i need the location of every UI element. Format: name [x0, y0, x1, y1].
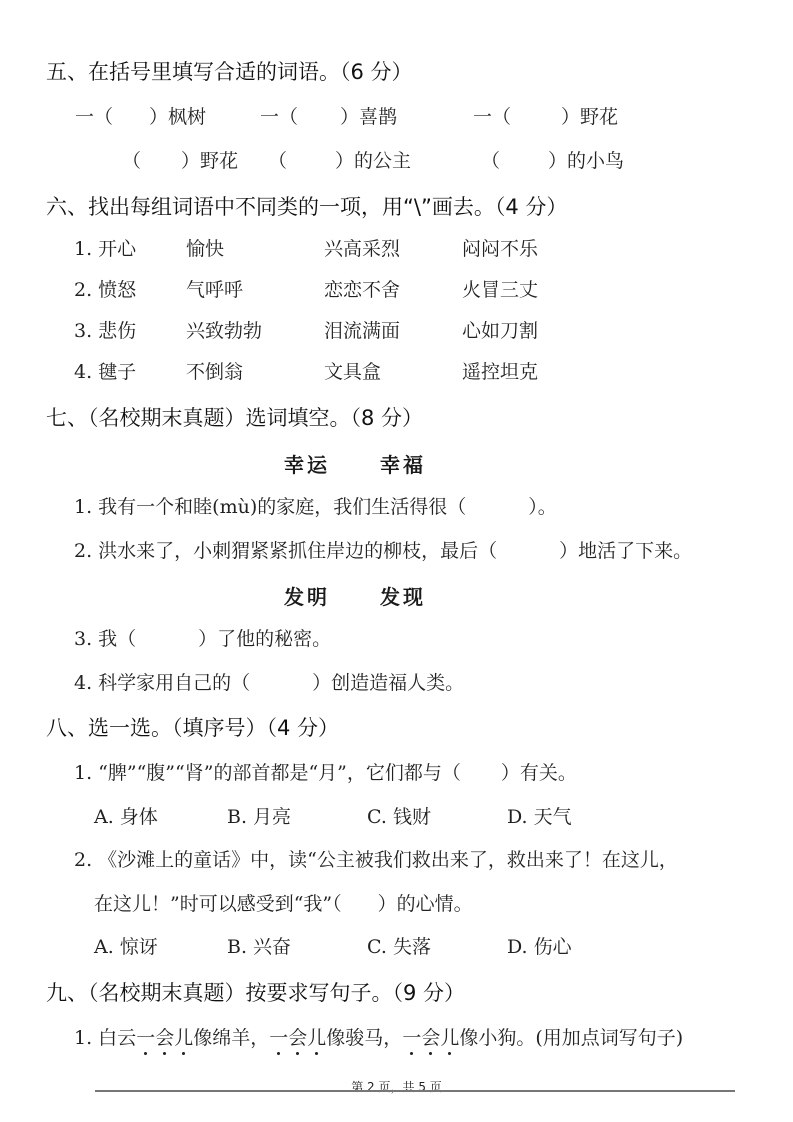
fill-suffix: ）野花: [561, 106, 618, 128]
word-bank-1: 幸运幸福: [284, 455, 426, 475]
word-option[interactable]: 不倒翁: [186, 363, 243, 382]
fill-prefix: （: [481, 150, 500, 172]
emphasis-dot-char: 儿: [440, 1029, 459, 1048]
question-text: ）地活了下来。: [559, 540, 692, 562]
section-6-heading: 六、找出每组词语中不同类的一项，用“\”画去。（4 分）: [46, 197, 567, 218]
choice-option[interactable]: C. 钱财: [367, 808, 431, 827]
word-option[interactable]: 闷闷不乐: [462, 240, 538, 259]
fill-item: 一（）喜鹊: [260, 108, 397, 127]
fill-suffix: ）野花: [181, 150, 238, 172]
word-option[interactable]: 1. 开心: [74, 240, 136, 259]
word-option[interactable]: 恋恋不舍: [324, 281, 400, 300]
question-8-2-continued: 在这儿！”时可以感受到“我”（）的心情。: [94, 895, 473, 914]
question-9-1: 1. 白云一会儿像绵羊，一会儿像骏马，一会儿像小狗。(用加点词写句子): [74, 1029, 683, 1048]
sentence-part: 像小狗。(用加点词写句子): [459, 1027, 683, 1049]
question-text: ）有关。: [501, 762, 577, 784]
question-text: 3. 我（: [74, 628, 136, 650]
word-bank-item: 发明: [284, 585, 330, 609]
choice-option[interactable]: D. 天气: [507, 808, 572, 827]
emphasis-dot-char: 一: [136, 1029, 155, 1048]
choice-option[interactable]: B. 兴奋: [227, 938, 291, 957]
section-9-heading: 九、（名校期末真题）按要求写句子。（9 分）: [46, 983, 465, 1004]
fill-prefix: 一（: [260, 106, 298, 128]
emphasis-dot-char: 会: [421, 1029, 440, 1048]
word-option[interactable]: 文具盒: [324, 363, 381, 382]
choice-option[interactable]: B. 月亮: [227, 808, 291, 827]
dotted-word: 一会儿: [269, 1027, 326, 1049]
word-option[interactable]: 3. 悲伤: [74, 322, 136, 341]
emphasis-dot-char: 儿: [174, 1029, 193, 1048]
fill-suffix: ）的小鸟: [548, 150, 624, 172]
question-text: 4. 科学家用自己的（: [74, 672, 250, 694]
fill-prefix: （: [122, 150, 141, 172]
fill-suffix: ）的公主: [335, 150, 411, 172]
fill-item: （）的公主: [268, 152, 411, 171]
question-text: ）。: [528, 496, 557, 518]
fill-item: 一（）野花: [473, 108, 618, 127]
question-text: 1. 我有一个和睦(mù)的家庭，我们生活得很（: [74, 496, 466, 518]
fill-prefix: （: [268, 150, 287, 172]
question-7-1: 1. 我有一个和睦(mù)的家庭，我们生活得很（）。: [74, 498, 557, 517]
question-text: 1. “脾”“腹”“肾”的部首都是“月”，它们都与（: [74, 762, 461, 784]
word-option[interactable]: 兴高采烈: [324, 240, 400, 259]
choice-option[interactable]: A. 身体: [94, 808, 158, 827]
word-option[interactable]: 泪流满面: [324, 322, 400, 341]
word-option[interactable]: 2. 愤怒: [74, 281, 136, 300]
word-group-row: 3. 悲伤 兴致勃勃 泪流满面 心如刀割: [74, 322, 774, 344]
question-number: 1.: [74, 1027, 98, 1049]
section-7-heading: 七、（名校期末真题）选词填空。（8 分）: [46, 408, 423, 429]
question-7-2: 2. 洪水来了，小刺猬紧紧抓住岸边的柳枝，最后（）地活了下来。: [74, 542, 692, 561]
question-text: ）的心情。: [378, 893, 473, 915]
sentence-part: 像绵羊，: [193, 1027, 269, 1049]
options-8-2: A. 惊讶 B. 兴奋 C. 失落 D. 伤心: [94, 938, 694, 960]
fill-suffix: ）枫树: [149, 106, 206, 128]
section-8-heading: 八、选一选。（填序号）（4 分）: [46, 718, 339, 739]
word-bank-item: 幸运: [284, 453, 330, 477]
emphasis-dot-char: 会: [288, 1029, 307, 1048]
question-text: 2. 洪水来了，小刺猬紧紧抓住岸边的柳枝，最后（: [74, 540, 497, 562]
dotted-word: 一会儿: [402, 1027, 459, 1049]
choice-option[interactable]: A. 惊讶: [94, 938, 158, 957]
sentence-part: 像骏马，: [326, 1027, 402, 1049]
question-text: ）创造造福人类。: [312, 672, 464, 694]
question-7-4: 4. 科学家用自己的（）创造造福人类。: [74, 674, 464, 693]
fill-prefix: 一（: [75, 106, 113, 128]
word-group-row: 2. 愤怒 气呼呼 恋恋不舍 火冒三丈: [74, 281, 774, 303]
emphasis-dot-char: 会: [155, 1029, 174, 1048]
word-group-row: 1. 开心 愉快 兴高采烈 闷闷不乐: [74, 240, 774, 262]
word-option[interactable]: 愉快: [186, 240, 224, 259]
fill-item: （）野花: [122, 152, 238, 171]
word-option[interactable]: 火冒三丈: [462, 281, 538, 300]
emphasis-dot-char: 一: [269, 1029, 288, 1048]
sentence-part: 白云: [98, 1027, 136, 1049]
choice-option[interactable]: C. 失落: [367, 938, 431, 957]
options-8-1: A. 身体 B. 月亮 C. 钱财 D. 天气: [94, 808, 694, 830]
question-text: 在这儿！”时可以感受到“我”（: [94, 893, 342, 915]
word-option[interactable]: 气呼呼: [186, 281, 243, 300]
word-option[interactable]: 遥控坦克: [462, 363, 538, 382]
footer-divider: [95, 1090, 735, 1092]
word-option[interactable]: 兴致勃勃: [186, 322, 262, 341]
word-group-row: 4. 毽子 不倒翁 文具盒 遥控坦克: [74, 363, 774, 385]
word-option[interactable]: 4. 毽子: [74, 363, 136, 382]
fill-prefix: 一（: [473, 106, 511, 128]
choice-option[interactable]: D. 伤心: [507, 938, 572, 957]
word-option[interactable]: 心如刀割: [462, 322, 538, 341]
word-bank-item: 幸福: [380, 453, 426, 477]
section-5-heading: 五、在括号里填写合适的词语。（6 分）: [46, 62, 413, 83]
question-8-1: 1. “脾”“腹”“肾”的部首都是“月”，它们都与（）有关。: [74, 764, 577, 783]
question-8-2: 2. 《沙滩上的童话》中，读“公主被我们救出来了，救出来了！在这儿，: [74, 851, 678, 870]
fill-item: 一（）枫树: [75, 108, 206, 127]
emphasis-dot-char: 儿: [307, 1029, 326, 1048]
emphasis-dot-char: 一: [402, 1029, 421, 1048]
word-bank-item: 发现: [380, 585, 426, 609]
page-footer: 第 2 页，共 5 页: [0, 1078, 793, 1095]
word-bank-2: 发明发现: [284, 587, 426, 607]
question-7-3: 3. 我（）了他的秘密。: [74, 630, 331, 649]
dotted-word: 一会儿: [136, 1027, 193, 1049]
question-text: ）了他的秘密。: [198, 628, 331, 650]
fill-suffix: ）喜鹊: [340, 106, 397, 128]
fill-item: （）的小鸟: [481, 152, 624, 171]
